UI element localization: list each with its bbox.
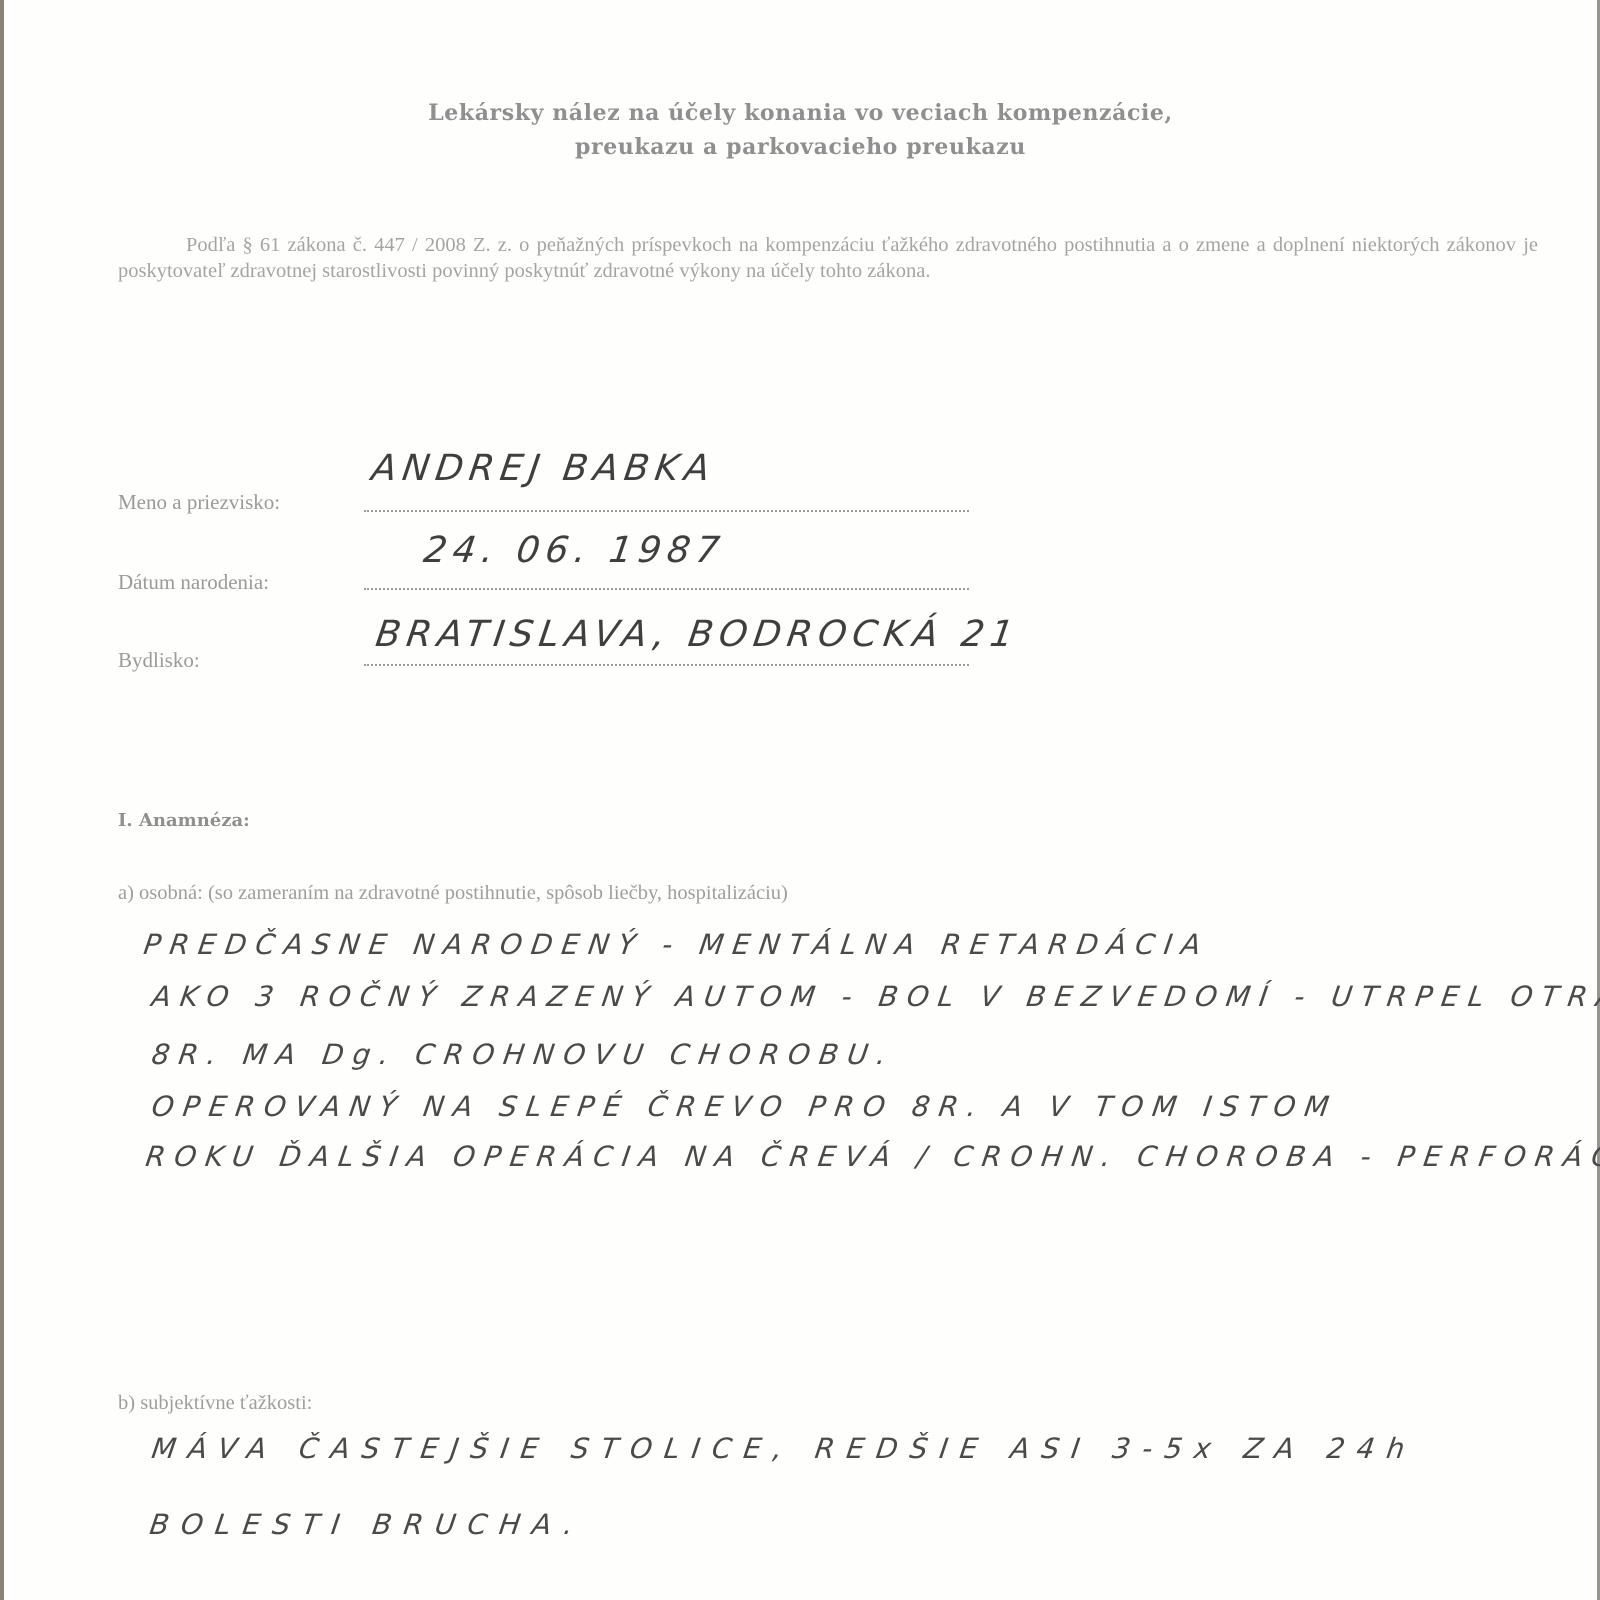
document-title: Lekársky nález na účely konania vo vecia… xyxy=(4,96,1597,164)
birthdate-label: Dátum narodenia: xyxy=(118,570,269,595)
residence-label: Bydlisko: xyxy=(118,648,200,673)
residence-dotted-line xyxy=(364,662,969,666)
name-value: ANDREJ BABKA xyxy=(369,448,718,489)
subjective-line-1: MÁVA ČASTEJŠIE STOLICE, REDŠIE ASI 3-5x … xyxy=(150,1432,1419,1465)
residence-value: BRATISLAVA, BODROCKÁ 21 xyxy=(373,614,1022,655)
title-line-2: preukazu a parkovacieho preukazu xyxy=(4,130,1597,164)
intro-paragraph: Podľa § 61 zákona č. 447 / 2008 Z. z. o … xyxy=(118,232,1538,284)
personal-line-5: ROKU ĎALŠIA OPERÁCIA NA ČREVÁ / CROHN. C… xyxy=(144,1140,1600,1173)
subjective-complaints-label: b) subjektívne ťažkosti: xyxy=(118,1392,312,1415)
birthdate-dotted-line xyxy=(364,586,969,590)
personal-line-3: 8R. MA Dg. CROHNOVU CHOROBU. xyxy=(150,1038,897,1071)
personal-line-2: AKO 3 ROČNÝ ZRAZENÝ AUTOM - BOL V BEZVED… xyxy=(150,980,1600,1013)
name-label: Meno a priezvisko: xyxy=(118,490,280,515)
section-heading-anamnesis: I. Anamnéza: xyxy=(118,810,250,831)
personal-line-4: OPEROVANÝ NA SLEPÉ ČREVO PRO 8R. A V TOM… xyxy=(150,1090,1340,1123)
name-dotted-line xyxy=(364,508,969,512)
subjective-line-2: BOLESTI BRUCHA. xyxy=(148,1508,588,1541)
birthdate-value: 24. 06. 1987 xyxy=(421,530,728,571)
scanned-document-page: Lekársky nález na účely konania vo vecia… xyxy=(0,0,1600,1600)
personal-line-1: PREDČASNE NARODENÝ - MENTÁLNA RETARDÁCIA xyxy=(142,928,1212,961)
title-line-1: Lekársky nález na účely konania vo vecia… xyxy=(4,96,1597,130)
personal-anamnesis-label: a) osobná: (so zameraním na zdravotné po… xyxy=(118,882,788,905)
